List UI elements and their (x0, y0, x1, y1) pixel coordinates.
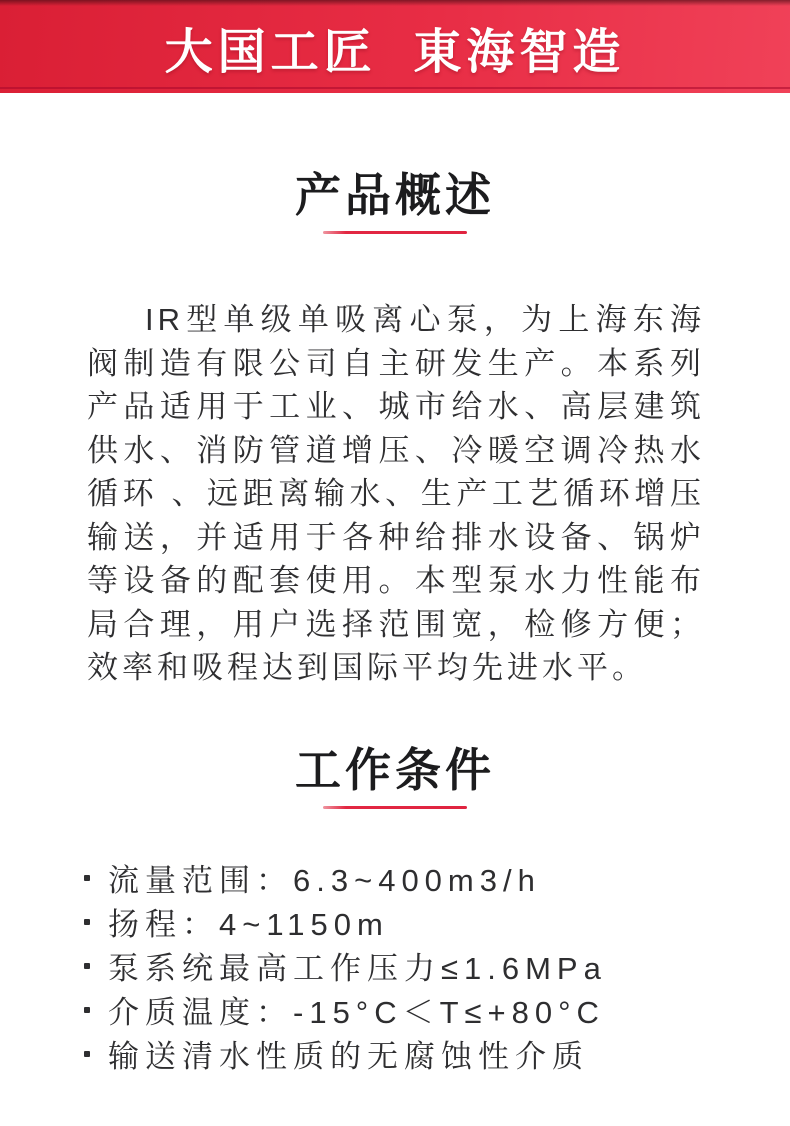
overview-heading-underline (323, 231, 467, 234)
bullet-icon (84, 963, 90, 969)
condition-item: 流量范围：6.3~400m3/h (84, 856, 790, 900)
bullet-icon (84, 1051, 90, 1057)
section-working-conditions: 工作条件 流量范围：6.3~400m3/h 扬程：4~1150m 泵系统最高工作… (0, 742, 790, 1076)
condition-text: 输送清水性质的无腐蚀性介质 (108, 1031, 589, 1076)
overview-paragraph-line: IR型单级单吸离心泵，为上海东海泵 (87, 298, 705, 342)
overview-paragraph-line: 等设备的配套使用。本型泵水力性能布 (87, 559, 705, 603)
overview-paragraph-line: 循环 、远距离输水、生产工艺循环增压 (87, 472, 705, 516)
condition-text: 流量范围：6.3~400m3/h (108, 855, 541, 900)
conditions-heading: 工作条件 (0, 742, 790, 798)
section-overview: 产品概述 IR型单级单吸离心泵，为上海东海泵 阀制造有限公司自主研发生产。本系列… (0, 167, 790, 690)
banner-title: 大国工匠 東海智造 (165, 13, 626, 82)
condition-item: 扬程：4~1150m (84, 900, 790, 944)
bullet-icon (84, 875, 90, 881)
overview-paragraph-line: 局合理，用户选择范围宽，检修方便； (87, 603, 705, 647)
condition-item: 输送清水性质的无腐蚀性介质 (84, 1032, 790, 1076)
bullet-icon (84, 1007, 90, 1013)
overview-paragraph-line: 效率和吸程达到国际平均先进水平。 (87, 646, 705, 690)
conditions-list: 流量范围：6.3~400m3/h 扬程：4~1150m 泵系统最高工作压力≤1.… (0, 856, 790, 1076)
overview-paragraph: IR型单级单吸离心泵，为上海东海泵 阀制造有限公司自主研发生产。本系列 产品适用… (87, 298, 705, 690)
overview-paragraph-line: 阀制造有限公司自主研发生产。本系列 (87, 342, 705, 386)
product-detail-page: 大国工匠 東海智造 产品概述 IR型单级单吸离心泵，为上海东海泵 阀制造有限公司… (0, 0, 790, 1126)
overview-paragraph-line: 供水、消防管道增压、冷暖空调冷热水 (87, 429, 705, 473)
condition-item: 泵系统最高工作压力≤1.6MPa (84, 944, 790, 988)
condition-text: 扬程：4~1150m (108, 899, 389, 944)
condition-text: 泵系统最高工作压力≤1.6MPa (108, 943, 607, 988)
overview-paragraph-line: 输送，并适用于各种给排水设备、锅炉 (87, 516, 705, 560)
overview-paragraph-line: 产品适用于工业、城市给水、高层建筑 (87, 385, 705, 429)
condition-text: 介质温度：-15°C＜T≤+80°C (108, 987, 605, 1032)
conditions-heading-underline (323, 806, 467, 809)
bullet-icon (84, 919, 90, 925)
header-banner: 大国工匠 東海智造 (0, 0, 790, 93)
overview-heading: 产品概述 (0, 167, 790, 223)
condition-item: 介质温度：-15°C＜T≤+80°C (84, 988, 790, 1032)
